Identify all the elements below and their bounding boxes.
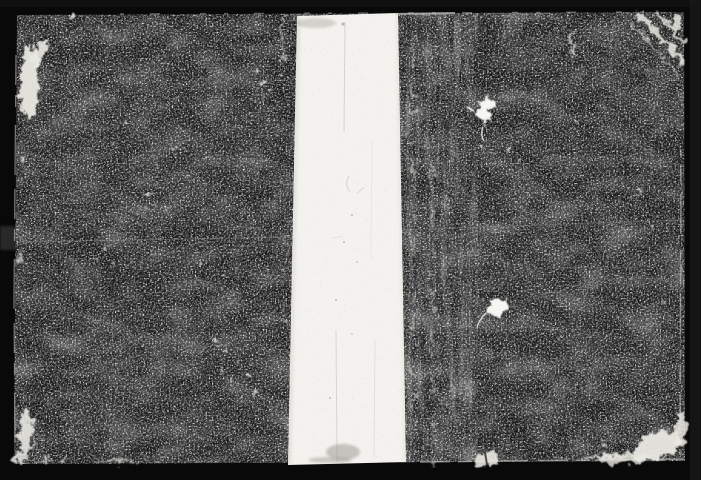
bottom-paper-tab <box>474 452 498 466</box>
scan-stage <box>0 0 701 480</box>
left-margin-light-patch <box>0 226 16 250</box>
book-cover-scan-image <box>0 0 701 480</box>
hinge-striation-texture <box>398 13 478 465</box>
top-edge-bright-segment <box>395 13 455 14</box>
spine-paper-grain <box>288 13 408 465</box>
spine <box>288 13 408 465</box>
